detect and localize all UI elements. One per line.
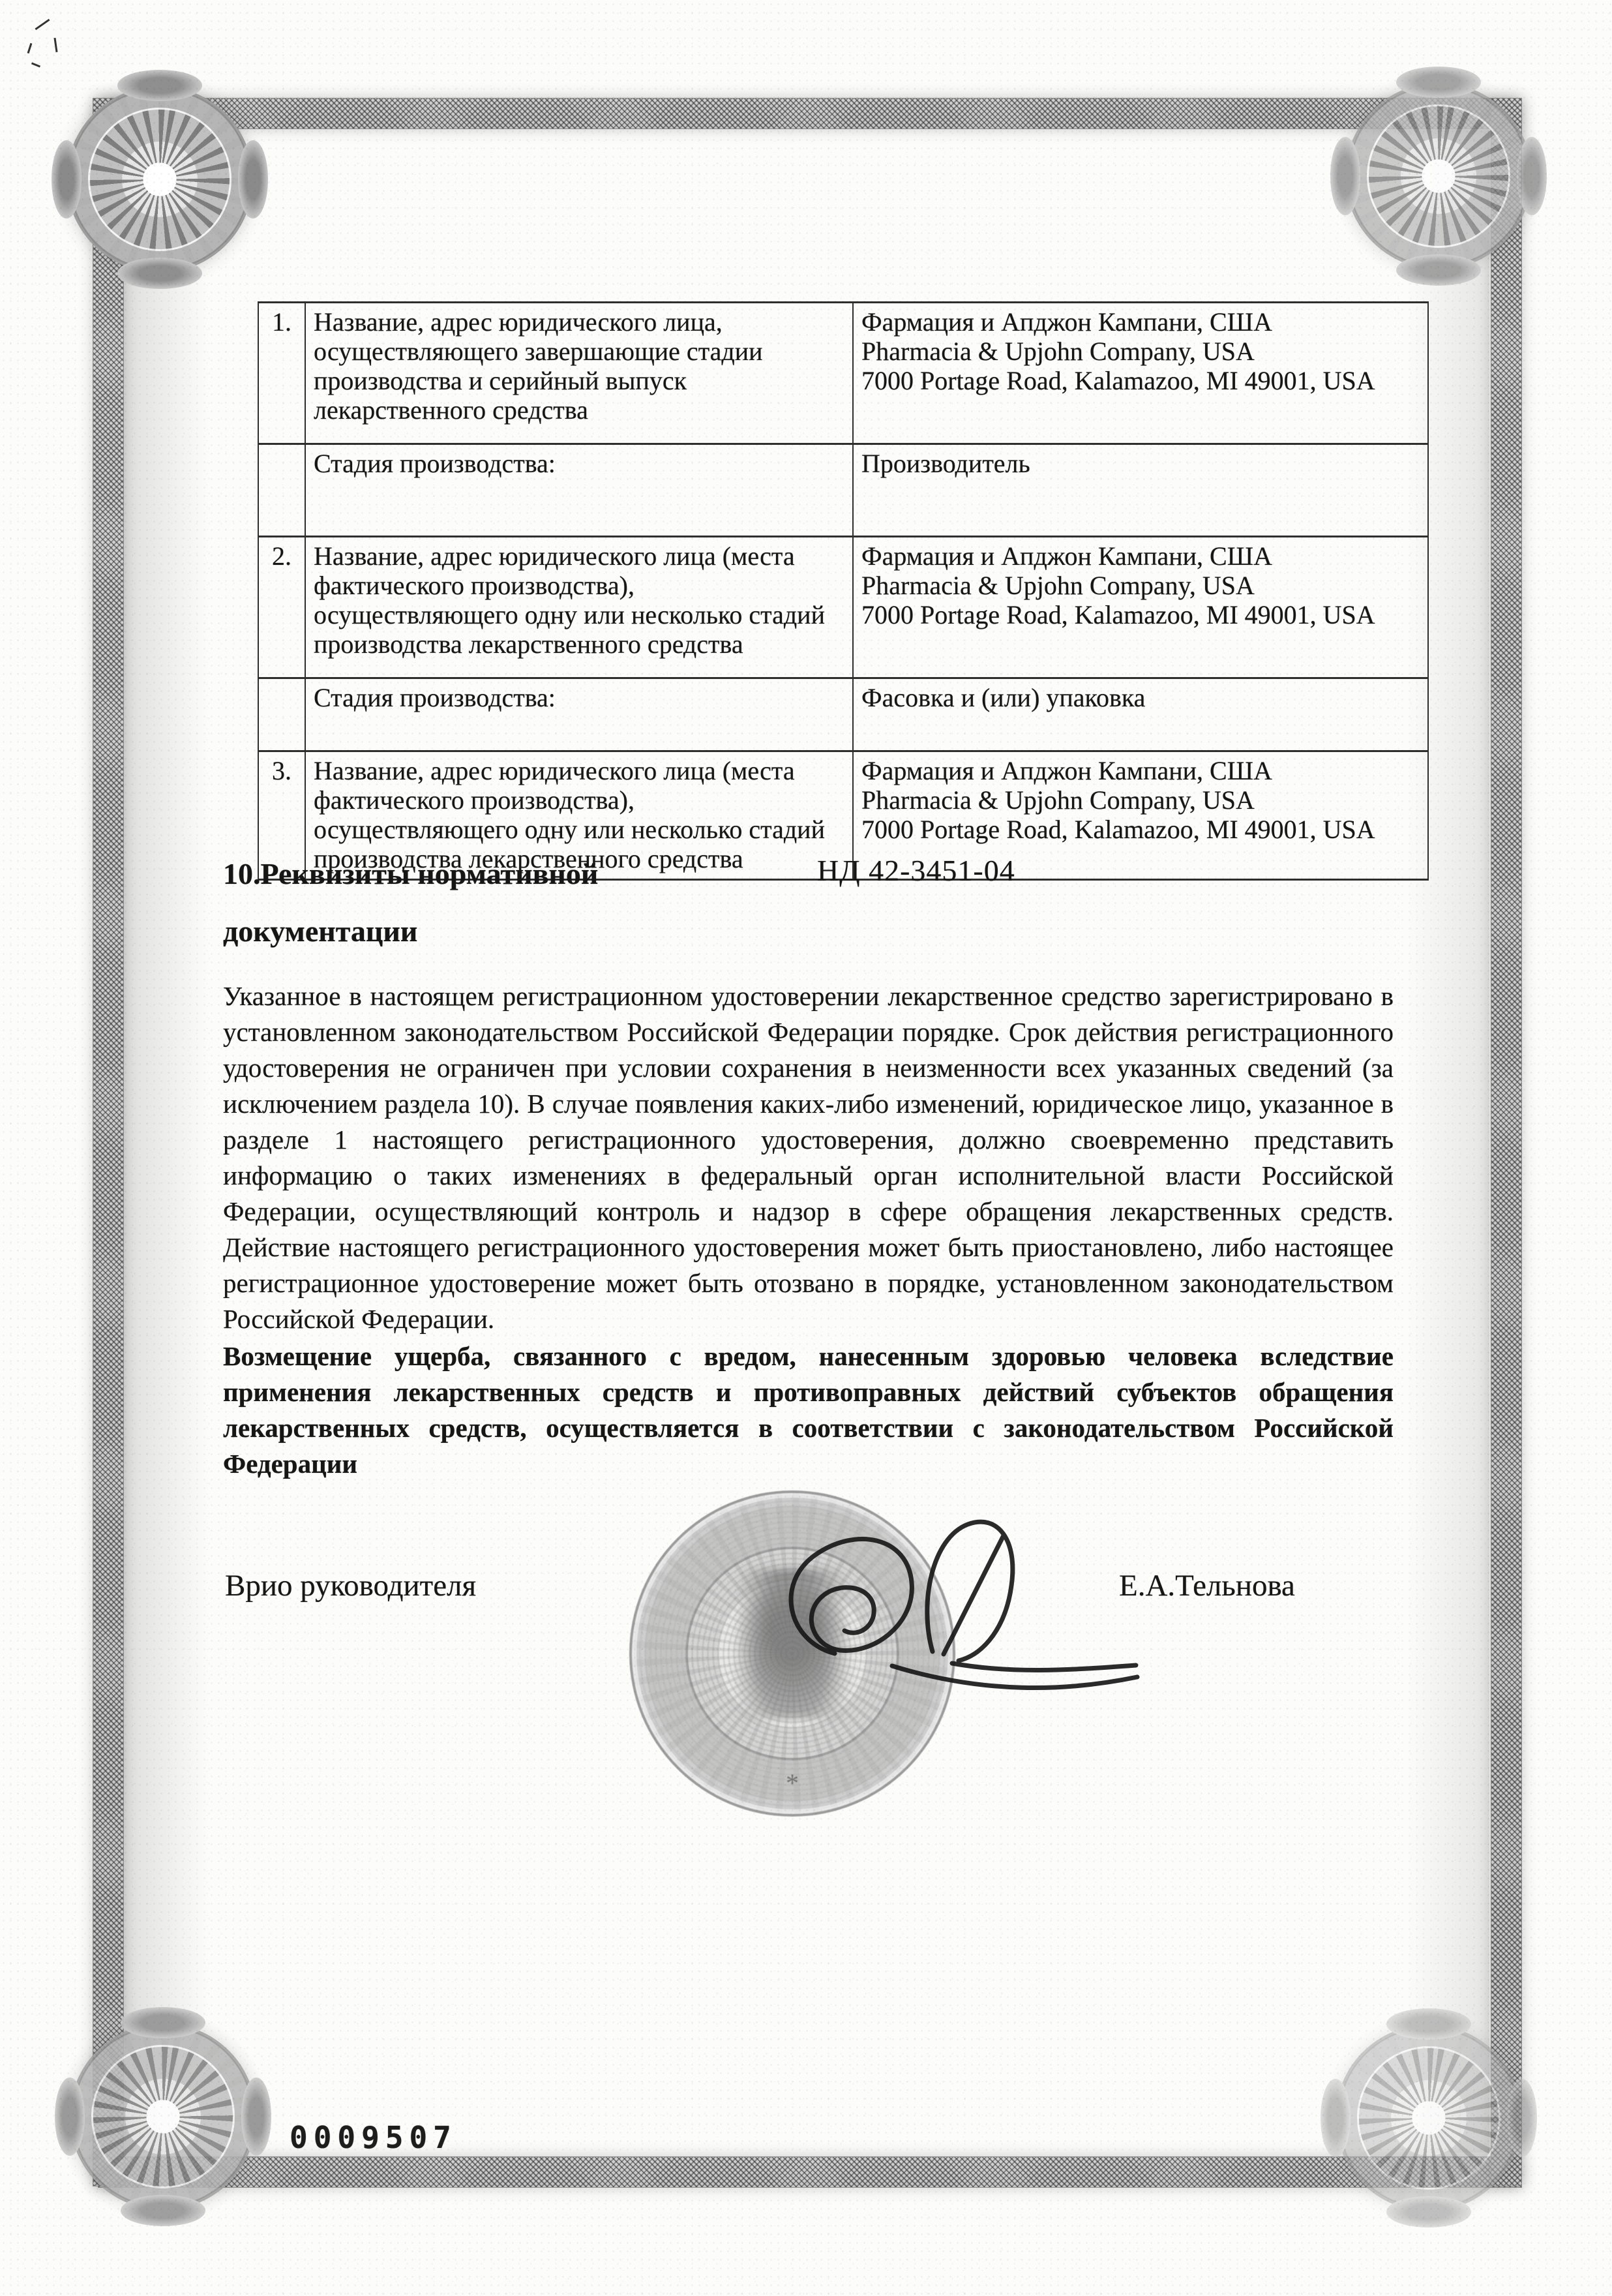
corner-rosette-top-left [68, 88, 251, 271]
table-row: 2. Название, адрес юридического лица (ме… [258, 537, 1428, 678]
rosette-leaf [241, 2077, 271, 2156]
liability-paragraph: Возмещение ущерба, связанного с вредом, … [223, 1338, 1394, 1482]
row-number [258, 678, 305, 751]
row-value: Производитель [853, 444, 1428, 537]
scan-mark [27, 43, 33, 53]
row-number: 1. [258, 303, 305, 444]
row-label: Стадия производства: [305, 678, 853, 751]
scan-mark [35, 19, 50, 30]
certificate-page: 1. Название, адрес юридического лица, ос… [0, 0, 1612, 2296]
table-row: Стадия производства: Производитель [258, 444, 1428, 537]
rosette-leaf [55, 2077, 85, 2156]
signature-scribble [737, 1500, 1148, 1715]
border-fade-left [124, 130, 209, 2152]
rosette-leaf [1507, 2079, 1537, 2157]
corner-rosette-bottom-left [72, 2025, 254, 2208]
scan-mark [53, 38, 57, 52]
registration-terms-paragraph: Указанное в настоящем регистрационном уд… [223, 978, 1394, 1337]
border-band-left [93, 98, 124, 2186]
row-value: Фасовка и (или) упаковка [853, 678, 1428, 751]
rosette-leaf [52, 140, 82, 219]
row-label: Название, адрес юридического лица (места… [305, 537, 853, 678]
rosette-leaf [238, 140, 268, 219]
row-label: Стадия производства: [305, 444, 853, 537]
rosette-leaf [1330, 137, 1360, 215]
corner-rosette-bottom-right [1337, 2027, 1520, 2209]
corner-rosette-top-right [1347, 85, 1530, 267]
row-label: Название, адрес юридического лица, осуще… [305, 303, 853, 444]
row-number: 2. [258, 537, 305, 678]
rosette-leaf [1517, 137, 1547, 215]
table-row: Стадия производства: Фасовка и (или) упа… [258, 678, 1428, 751]
scan-mark [31, 62, 40, 67]
rosette-leaf [1321, 2079, 1351, 2157]
row-value: Фармация и Апджон Кампани, США Pharmacia… [853, 303, 1428, 444]
row-value: Фармация и Апджон Кампани, США Pharmacia… [853, 537, 1428, 678]
serial-number: 0009507 [290, 2120, 457, 2155]
border-band-right [1491, 98, 1522, 2186]
table-row: 1. Название, адрес юридического лица, ос… [258, 303, 1428, 444]
border-band-top [98, 98, 1522, 129]
section-10-heading: 10.Реквизиты нормативной документации [223, 845, 653, 960]
border-band-bottom [98, 2156, 1522, 2188]
row-number [258, 444, 305, 537]
normative-doc-number: НД 42-3451-04 [817, 853, 1015, 888]
signatory-role: Врио руководителя [225, 1568, 476, 1603]
manufacturers-table: 1. Название, адрес юридического лица, ос… [258, 301, 1429, 881]
